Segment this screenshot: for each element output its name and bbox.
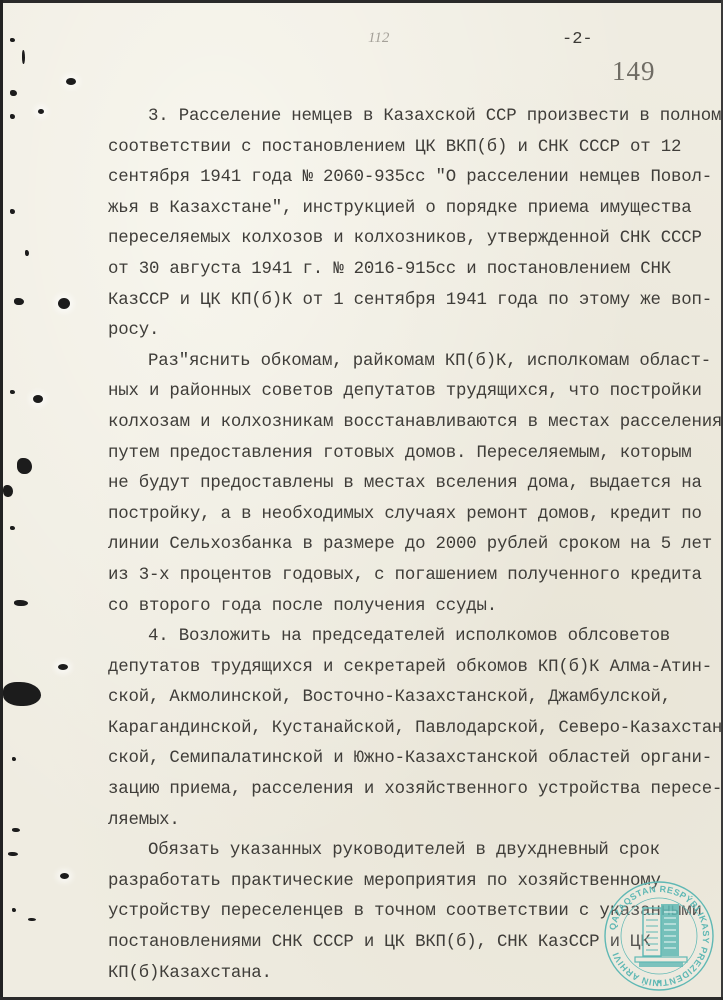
text-line: колхозам и колхозникам восстанавливаются… xyxy=(108,408,720,439)
text-line: постройку, а в необходимых случаях ремон… xyxy=(108,500,720,531)
document-page: 112 -2- 149 3. Расселение немцев в Казах… xyxy=(0,0,723,1000)
text-line: жья в Казахстане", инструкцией о порядке… xyxy=(108,194,720,225)
binding-hole xyxy=(12,828,20,832)
text-line: соответствии с постановлением ЦК ВКП(б) … xyxy=(108,133,720,164)
binding-hole xyxy=(58,664,68,670)
binding-hole xyxy=(3,485,13,497)
text-line: ляемых. xyxy=(108,806,720,837)
text-line: ской, Акмолинской, Восточно-Казахстанско… xyxy=(108,683,720,714)
text-line: со второго года после получения ссуды. xyxy=(108,592,720,623)
text-line: Обязать указанных руководителей в двухдн… xyxy=(108,836,720,867)
text-line: Раз"яснить обкомам, райкомам КП(б)К, исп… xyxy=(108,347,720,378)
text-line: от 30 августа 1941 г. № 2016-915сс и пос… xyxy=(108,255,720,286)
archive-stamp: QAZAQSTAN RESPÝBLIKASY PREZIDENTINIŃ ARH… xyxy=(603,880,715,992)
text-line: путем предоставления готовых домов. Пере… xyxy=(108,439,720,470)
binding-hole xyxy=(12,757,16,761)
binding-hole xyxy=(66,78,76,85)
scan-edge-top xyxy=(0,0,723,3)
binding-hole xyxy=(10,526,15,530)
text-line: переселяемых колхозов и колхозников, утв… xyxy=(108,224,720,255)
binding-hole xyxy=(10,390,15,394)
text-line: росу. xyxy=(108,316,720,347)
text-line: линии Сельхозбанка в размере до 2000 руб… xyxy=(108,530,720,561)
binding-hole xyxy=(58,298,70,309)
binding-hole xyxy=(22,50,25,64)
binding-hole xyxy=(3,682,41,706)
text-line: ных и районных советов депутатов трудящи… xyxy=(108,377,720,408)
text-line: зацию приема, расселения и хозяйственног… xyxy=(108,775,720,806)
binding-hole xyxy=(28,918,36,921)
binding-hole xyxy=(8,852,18,856)
archive-building-icon: QAZAQSTAN RESPÝBLIKASY PREZIDENTINIŃ ARH… xyxy=(603,880,715,992)
text-line: КазССР и ЦК КП(б)К от 1 сентября 1941 го… xyxy=(108,286,720,317)
text-line: Карагандинской, Кустанайской, Павлодарск… xyxy=(108,714,720,745)
binding-hole xyxy=(38,109,44,114)
folio-number: 149 xyxy=(612,56,656,87)
text-line: сентября 1941 года № 2060-935сс "О рассе… xyxy=(108,163,720,194)
page-marker: -2- xyxy=(562,30,593,49)
text-line: депутатов трудящихся и секретарей обкомо… xyxy=(108,653,720,684)
text-line: ской, Семипалатинской и Южно-Казахстанск… xyxy=(108,744,720,775)
text-line: не будут предоставлены в местах вселения… xyxy=(108,469,720,500)
binding-hole xyxy=(33,395,43,403)
binding-hole xyxy=(17,458,32,474)
text-line: 3. Расселение немцев в Казахской ССР про… xyxy=(108,102,720,133)
scan-edge-left xyxy=(0,0,3,1000)
binding-hole xyxy=(12,908,16,912)
binding-hole xyxy=(10,209,15,214)
svg-text:★: ★ xyxy=(656,978,662,986)
binding-hole xyxy=(10,114,15,119)
text-line: из 3-х процентов годовых, с погашением п… xyxy=(108,561,720,592)
binding-hole xyxy=(60,873,69,879)
text-line: 4. Возложить на председателей исполкомов… xyxy=(108,622,720,653)
binding-hole xyxy=(10,38,15,42)
binding-hole xyxy=(14,298,24,305)
pencil-old-folio: 112 xyxy=(368,30,389,47)
typewritten-body: 3. Расселение немцев в Казахской ССР про… xyxy=(108,102,720,989)
binding-hole xyxy=(10,90,17,96)
binding-hole xyxy=(14,600,28,606)
binding-hole xyxy=(25,250,29,256)
